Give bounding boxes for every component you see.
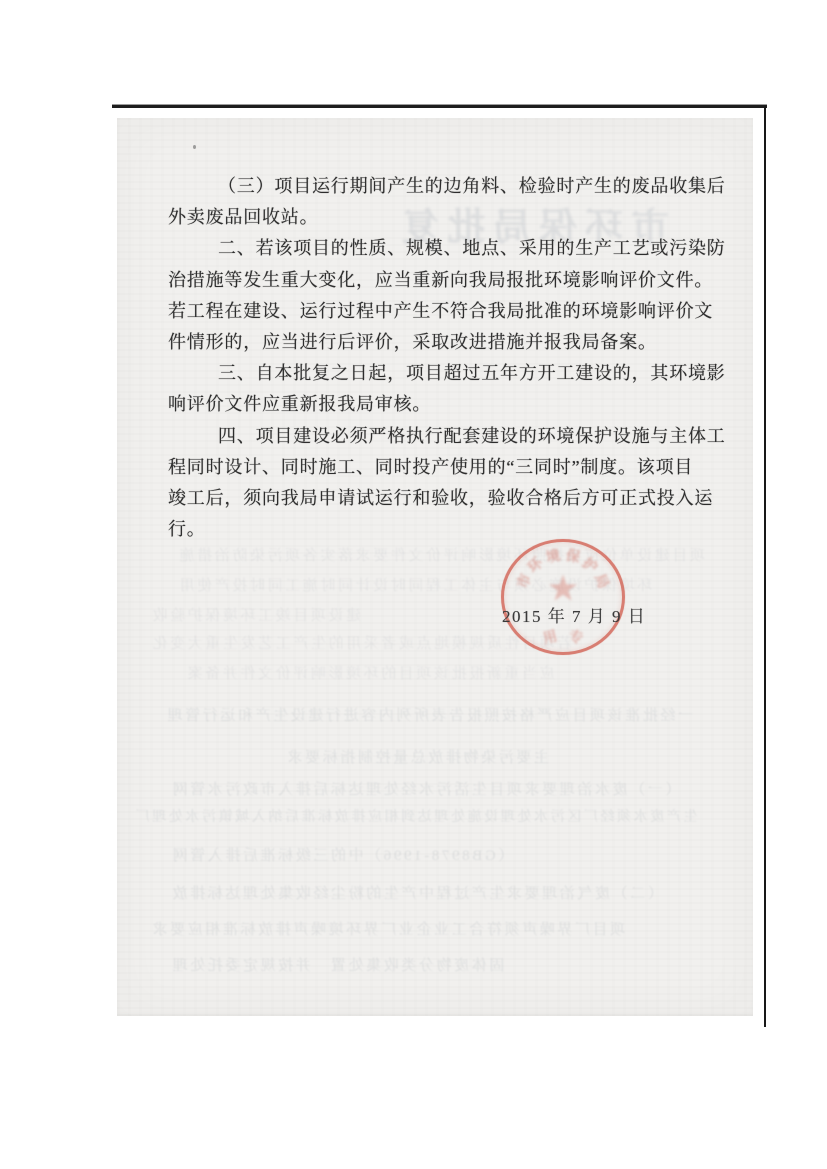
body-line: 竣工后，须向我局申请试运行和验收，验收合格后方可正式投入运: [168, 483, 713, 514]
scanned-document-page: 市环保局批复 项目建设单位应当按照环境影响评价文件要求落实各项污染防治措施 环境…: [117, 118, 753, 1016]
body-line: 治措施等发生重大变化，应当重新向我局报批环境影响评价文件。: [168, 265, 713, 296]
body-line: 行。: [168, 514, 206, 545]
body-line: 件情形的，应当进行后评价，采取改进措施并报我局备案。: [168, 327, 657, 358]
scan-speck-artifact: [193, 145, 196, 149]
bleedthrough-line: 一经批准该项目应严格按照报告表所列内容进行建设生产和运行管理: [165, 704, 693, 725]
bleedthrough-line: 固体废物分类收集处置 并按规定委托处理: [170, 954, 504, 975]
approval-date: 2015 年 7 月 9 日: [502, 602, 646, 627]
body-line: 外卖废品回收站。: [168, 202, 318, 233]
body-line: 若工程在建设、运行过程中产生不符合我局批准的环境影响评价文: [168, 296, 713, 327]
body-line: 二、若该项目的性质、规模、地点、采用的生产工艺或污染防: [168, 233, 726, 264]
bleedthrough-line: 应当重新报批该项目的环境影响评价文件并备案: [185, 662, 555, 683]
bleedthrough-line: 项目厂界噪声须符合工业企业厂界环境噪声排放标准相应要求: [150, 918, 625, 939]
bleedthrough-line: 项目建设单位应当按照环境影响评价文件要求落实各项污染防治措施: [177, 544, 705, 565]
official-seal-stamp: ★ 市 环 境 保 护 局 专 用: [501, 539, 625, 655]
bleedthrough-line: 建设项目竣工环境保护验收: [150, 604, 361, 625]
body-line: 响评价文件应重新报我局审核。: [168, 389, 431, 420]
body-line: （三）项目运行期间产生的边角料、检验时产生的废品收集后: [168, 171, 726, 202]
scan-right-border-line: [764, 106, 766, 1027]
body-line: 三、自本批复之日起，项目超过五年方开工建设的，其环境影: [168, 358, 726, 389]
bleedthrough-line: 主要污染物排放总量控制指标要求: [285, 746, 549, 767]
bleedthrough-line: （二）废气治理要求生产过程中产生的粉尘经收集处理达标排放: [170, 882, 663, 903]
scanned-document: 市环保局批复 项目建设单位应当按照环境影响评价文件要求落实各项污染防治措施 环境…: [0, 0, 827, 1169]
bleedthrough-line: （GB8978-1996）中的三级标准后排入管网: [170, 844, 513, 865]
bleedthrough-line: 生产废水须经厂区污水处理设施处理达到相应排放标准后纳入城镇污水处理厂: [133, 806, 697, 826]
bleedthrough-line: （一）废水治理要求项目生活污水经处理达标后排入市政污水管网: [170, 778, 680, 799]
body-line: 程同时设计、同时施工、同时投产使用的“三同时”制度。该项目: [168, 452, 693, 483]
body-line: 四、项目建设必须严格执行配套建设的环境保护设施与主体工: [168, 421, 726, 452]
scan-top-border-line: [112, 104, 767, 108]
